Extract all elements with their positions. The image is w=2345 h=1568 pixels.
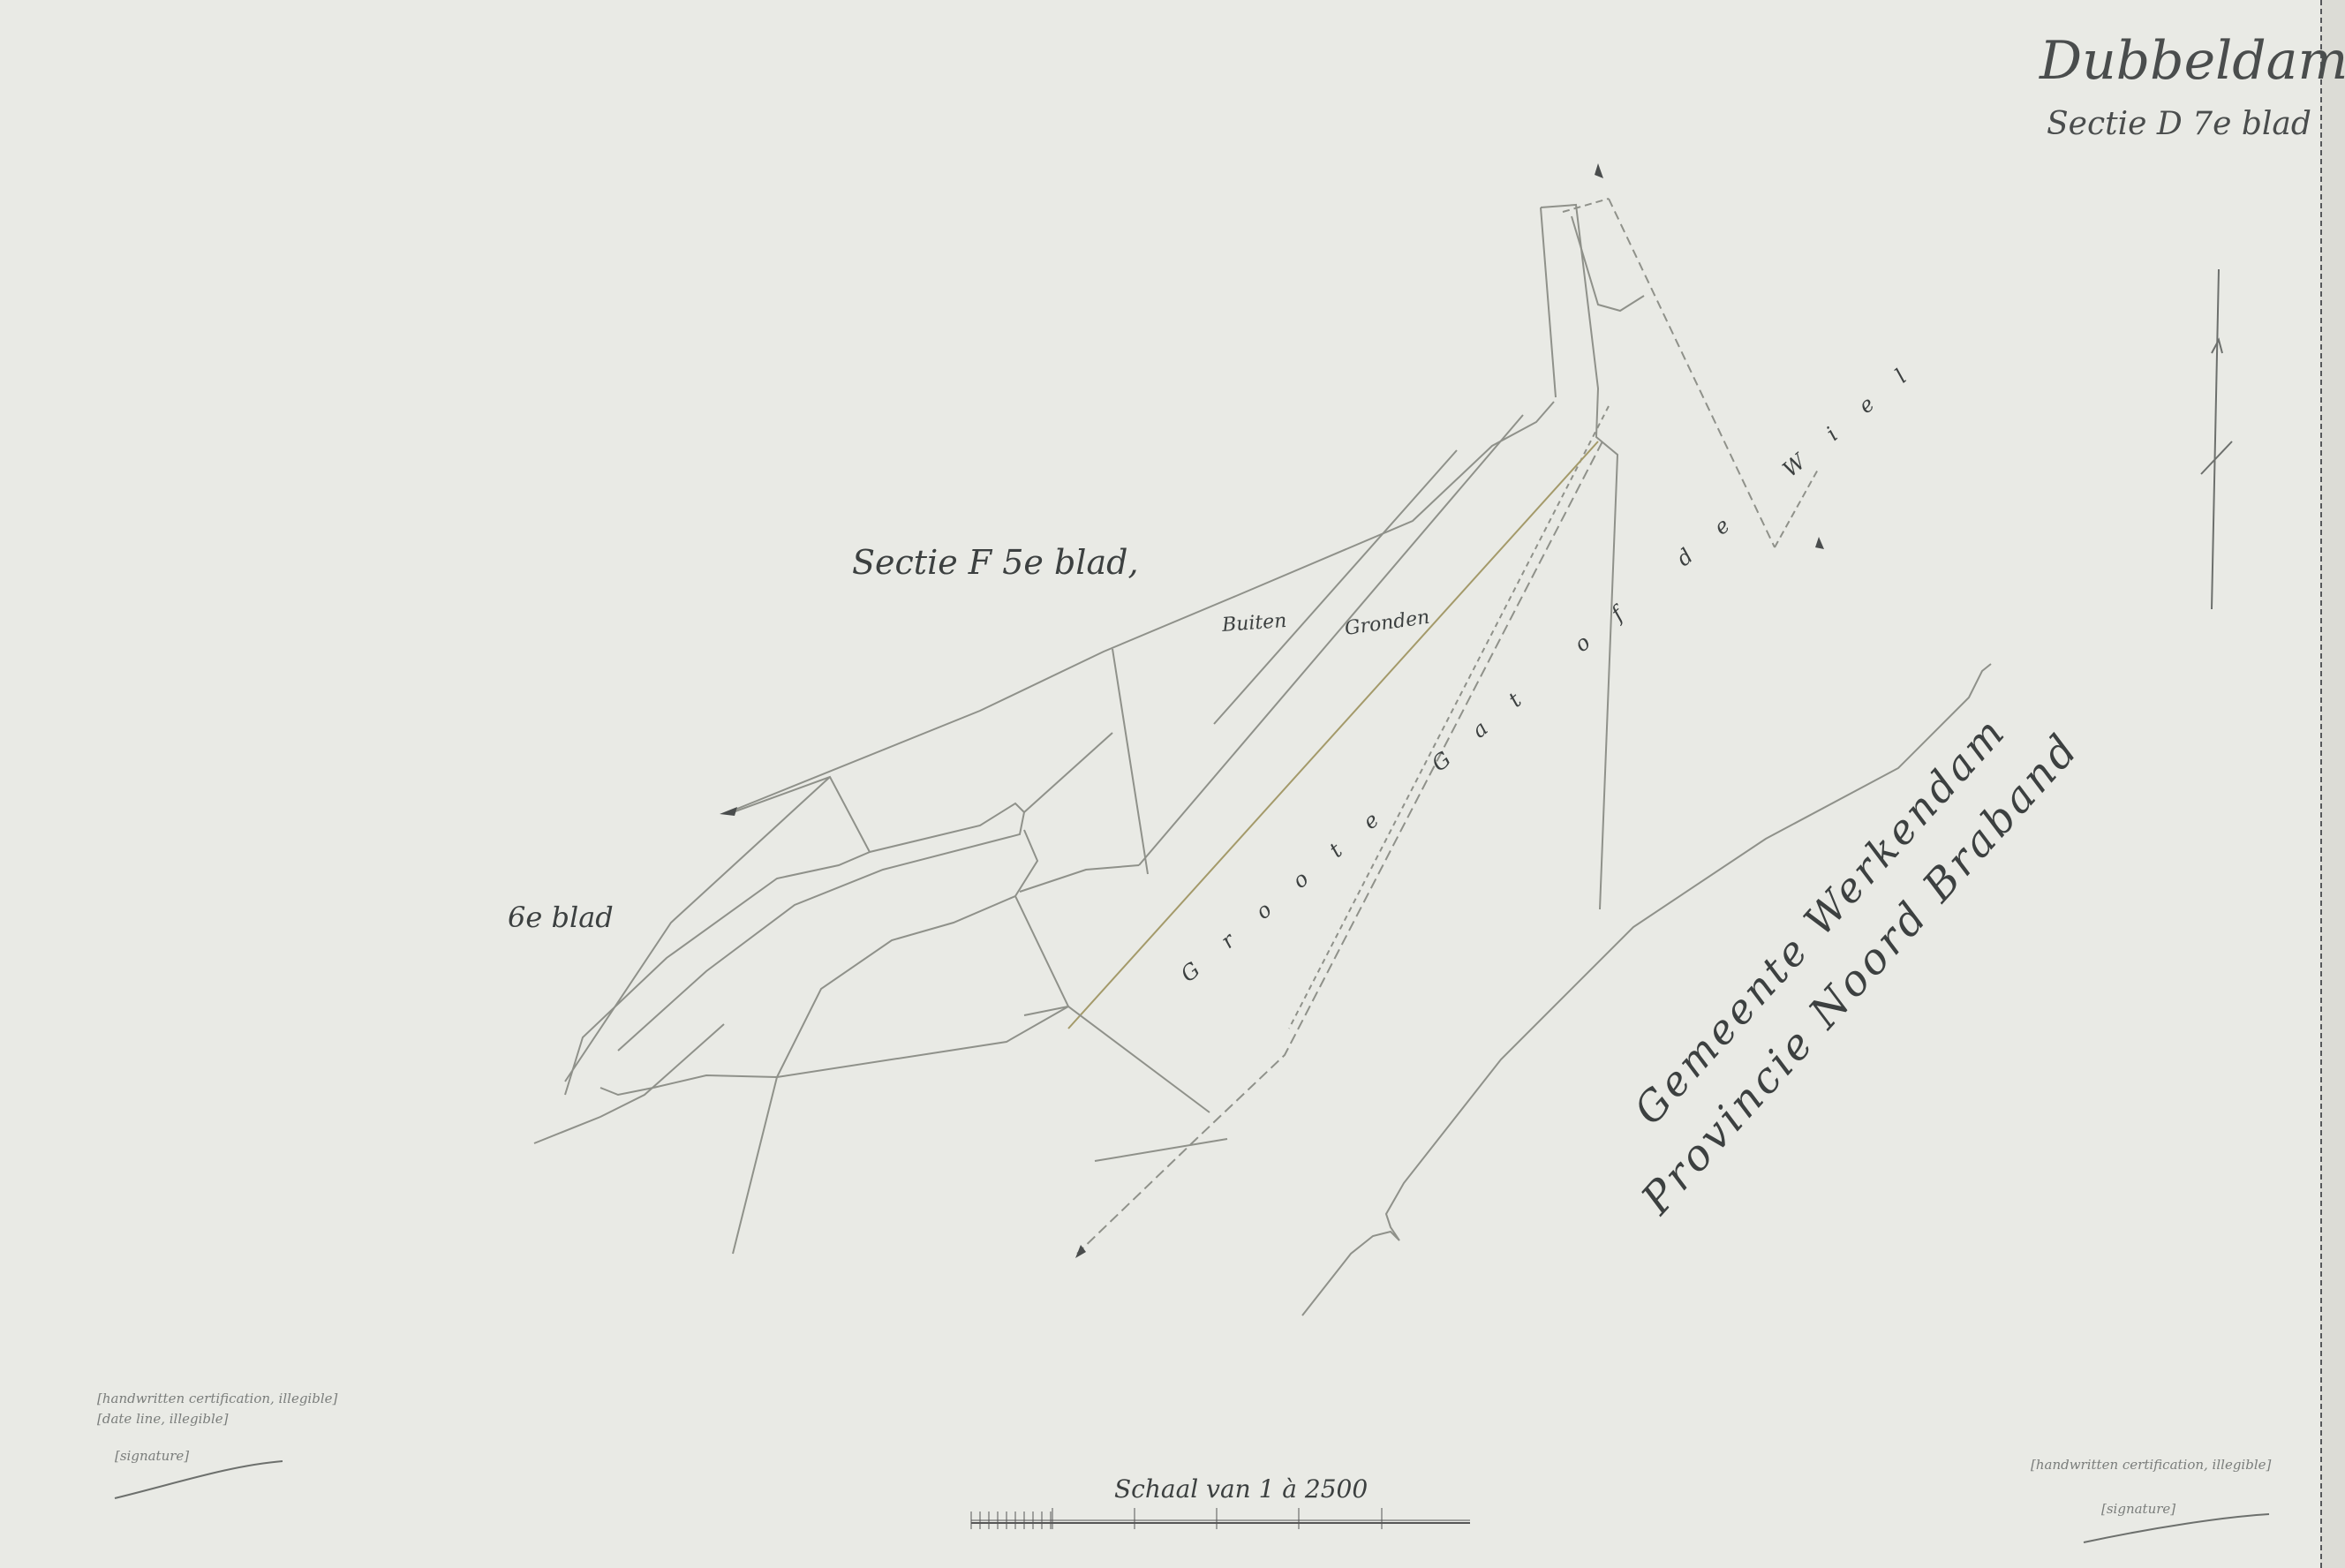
signature-right-line-2: [signature] — [2101, 1501, 2175, 1517]
map-subtitle: Sectie D 7e blad — [2047, 106, 2311, 142]
signature-right-stroke — [2084, 1514, 2269, 1542]
signature-left-line-1: [handwritten certification, illegible] — [97, 1391, 337, 1406]
arrow-north-top-icon — [1595, 163, 1603, 178]
scale-bar — [971, 1508, 1470, 1529]
signature-right-line-1: [handwritten certification, illegible] — [2031, 1457, 2271, 1473]
signature-left-stroke — [115, 1461, 283, 1498]
map-title: Dubbeldam, — [2040, 30, 2345, 92]
scale-label: Schaal van 1 à 2500 — [1114, 1474, 1368, 1504]
signature-left-line-3: [signature] — [115, 1448, 189, 1464]
river-bank-south — [1302, 664, 1991, 1315]
adjacent-sheet-label-north: Sectie F 5e blad, — [852, 543, 1139, 582]
signature-left-line-2: [date line, illegible] — [97, 1411, 229, 1427]
dike-line — [733, 402, 1554, 810]
north-arrow-icon — [2201, 269, 2232, 609]
area-label-buiten: Buiten — [1221, 610, 1287, 637]
sheet-edge — [2320, 0, 2345, 1568]
arrow-west-icon — [720, 807, 737, 816]
adjacent-sheet-label-west: 6e blad — [508, 901, 614, 934]
